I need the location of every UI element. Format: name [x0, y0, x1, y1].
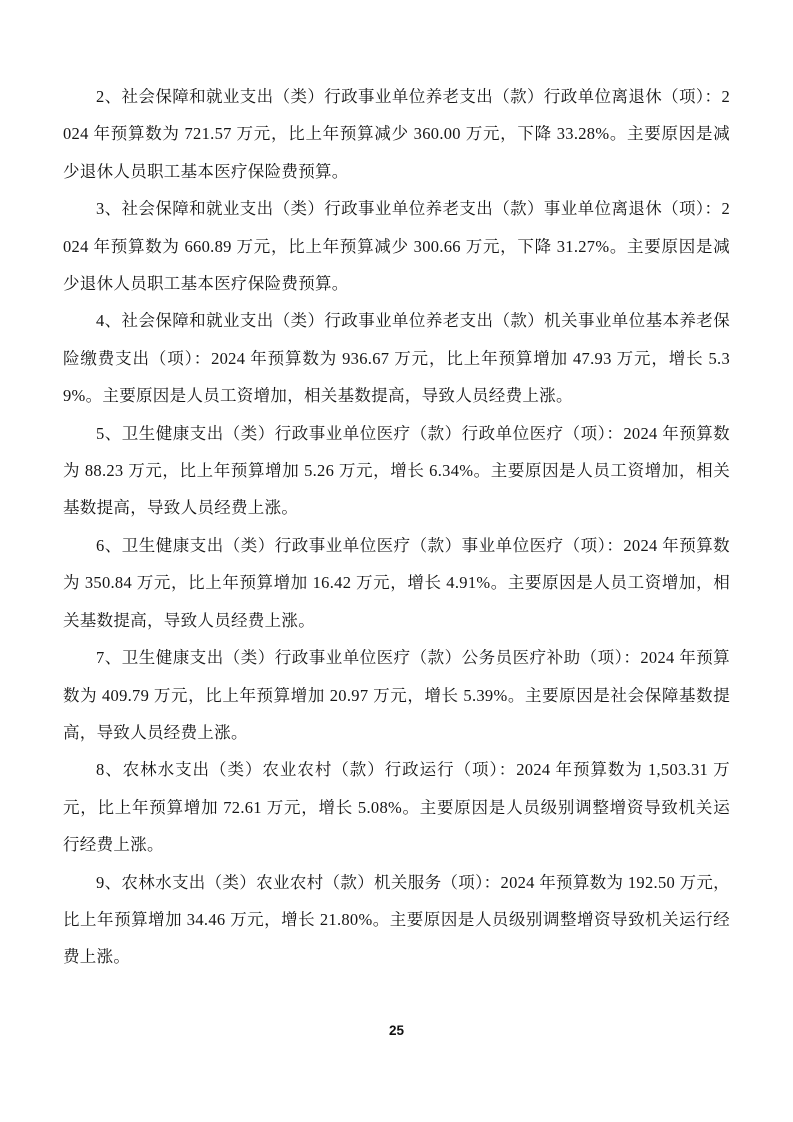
document-page: 2、社会保障和就业支出（类）行政事业单位养老支出（款）行政单位离退休（项）：20… — [0, 0, 793, 1122]
budget-paragraph-6: 6、卫生健康支出（类）行政事业单位医疗（款）事业单位医疗（项）：2024 年预算… — [63, 527, 730, 639]
document-body: 2、社会保障和就业支出（类）行政事业单位养老支出（款）行政单位离退休（项）：20… — [63, 78, 730, 976]
budget-paragraph-7: 7、卫生健康支出（类）行政事业单位医疗（款）公务员医疗补助（项）：2024 年预… — [63, 639, 730, 751]
page-footer: 25 — [0, 1022, 793, 1040]
budget-paragraph-4: 4、社会保障和就业支出（类）行政事业单位养老支出（款）机关事业单位基本养老保险缴… — [63, 302, 730, 414]
page-number: 25 — [389, 1023, 404, 1038]
budget-paragraph-9: 9、农林水支出（类）农业农村（款）机关服务（项）：2024 年预算数为 192.… — [63, 864, 730, 976]
budget-paragraph-2: 2、社会保障和就业支出（类）行政事业单位养老支出（款）行政单位离退休（项）：20… — [63, 78, 730, 190]
budget-paragraph-5: 5、卫生健康支出（类）行政事业单位医疗（款）行政单位医疗（项）：2024 年预算… — [63, 415, 730, 527]
budget-paragraph-8: 8、农林水支出（类）农业农村（款）行政运行（项）：2024 年预算数为 1,50… — [63, 751, 730, 863]
budget-paragraph-3: 3、社会保障和就业支出（类）行政事业单位养老支出（款）事业单位离退休（项）：20… — [63, 190, 730, 302]
